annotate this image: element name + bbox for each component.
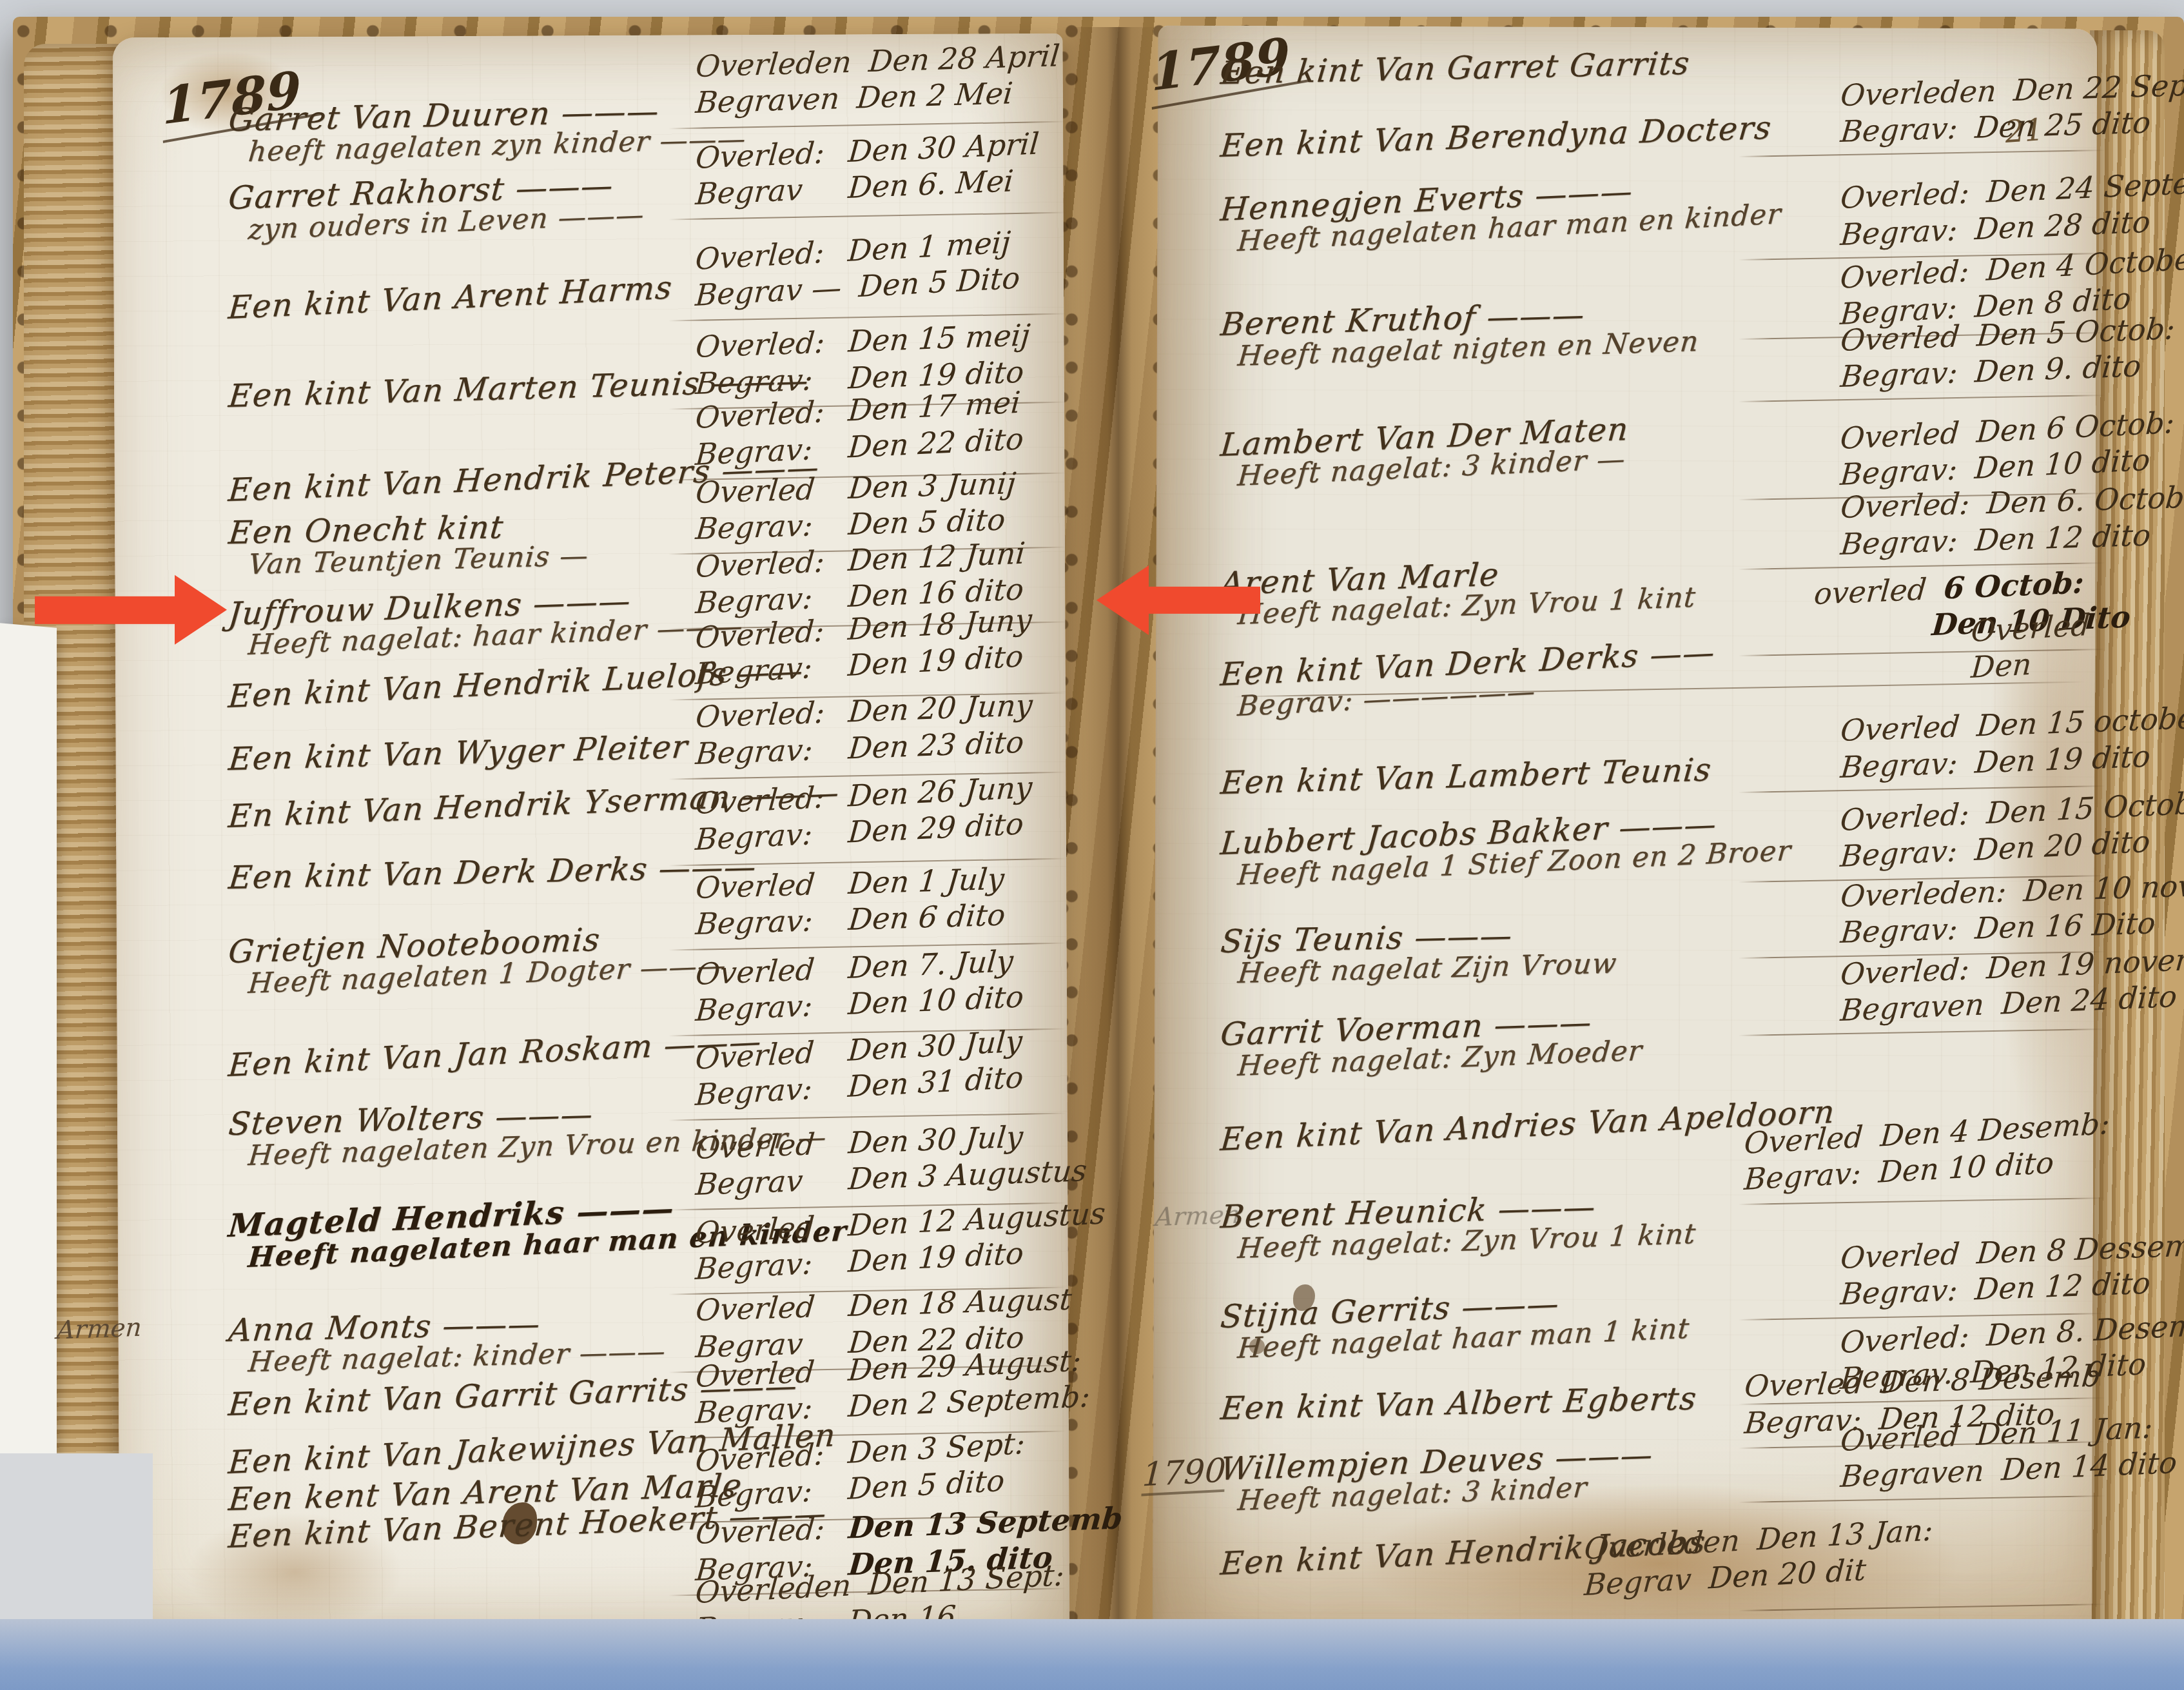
date-label: Overled <box>1839 319 1961 358</box>
date-label: Begrav: <box>1839 451 1958 492</box>
date-value: Den 30 July <box>847 1119 1024 1160</box>
date-label: Begrav: <box>1743 1155 1862 1197</box>
date-value: Den 7. July <box>847 943 1015 985</box>
date-label: Overled <box>1839 709 1961 748</box>
margin-note-armen: Armen <box>56 1313 143 1346</box>
date-value: Den 2 Mei <box>855 76 1015 115</box>
date-label: Overled: <box>694 234 832 277</box>
date-label: Begrav: <box>1839 355 1959 394</box>
date-label: Begrav: <box>1839 912 1960 950</box>
date-value: Den 19 dito <box>1973 738 2152 780</box>
date-label: Overled: <box>694 780 832 821</box>
date-value: Den 20 Juny <box>847 687 1034 729</box>
date-label: overled <box>1813 571 1928 611</box>
date-label: Overled <box>694 951 832 992</box>
record-overleden-date: Overled <box>1970 606 2109 649</box>
date-label: Overled: <box>1839 796 1971 838</box>
date-label: Begrav <box>694 171 832 211</box>
date-value: 6 Octob: <box>1942 565 2085 605</box>
date-label: Overled <box>1839 1418 1961 1458</box>
date-value: Den 12 dito <box>1973 1266 2152 1307</box>
date-label: Overled <box>694 1034 832 1076</box>
date-label: Overled <box>1743 1119 1864 1161</box>
date-value: Den 6. Octob: <box>1985 480 2184 521</box>
red-arrow-pointing-right <box>35 596 175 624</box>
date-label: Overled: <box>1839 951 1971 992</box>
date-label: Overled: <box>694 135 832 175</box>
register-photo: 1789 1789 21 Armen Armen 1790 Garret Van… <box>0 0 2184 1690</box>
date-label: Overled <box>694 1126 833 1166</box>
date-label: Begraven <box>1839 987 1985 1028</box>
date-label: Begrav: <box>1839 110 1960 149</box>
date-value: Den 6. Mei <box>847 163 1015 205</box>
date-label <box>1813 608 1916 647</box>
date-label: Begrav: <box>694 507 833 546</box>
date-label: Begraven <box>694 81 841 121</box>
date-label: Overled <box>1839 1236 1961 1275</box>
date-label: Overleden <box>1839 73 1998 112</box>
date-label: Begraven <box>1839 1453 1985 1495</box>
date-label: Begrav: <box>1839 523 1960 562</box>
date-label: Overleden: <box>1839 874 2008 914</box>
date-label: Begrav: <box>1839 745 1959 785</box>
date-label: Overled <box>694 1208 832 1250</box>
date-value: Den 25 dito <box>1973 104 2152 144</box>
date-value: Den 5 Octob: <box>1975 311 2176 353</box>
loose-paper-edge <box>0 623 57 1473</box>
date-label: Overled: <box>694 394 832 435</box>
date-value: Den 23 dito <box>847 724 1026 765</box>
date-label: Begrav: <box>694 903 833 941</box>
date-value: Den 28 dito <box>1973 204 2151 246</box>
date-label: Begrav <box>1583 1562 1693 1602</box>
date-label: Begrav: <box>694 430 832 471</box>
date-label: Begrav: <box>1839 833 1958 874</box>
date-label: Overled: <box>1839 1319 1971 1360</box>
date-label: Overled: <box>694 544 832 584</box>
date-value: Den 5 dito <box>847 502 1007 542</box>
date-label: Overled <box>694 867 833 905</box>
date-value: Den 24 dito <box>2000 979 2178 1021</box>
desk-edge-blue <box>0 1619 2184 1690</box>
date-label: Begrav: <box>694 731 833 771</box>
date-value: Den 18 August <box>847 1282 1073 1323</box>
date-label: Begrav: <box>694 987 832 1028</box>
date-label: Begrav: <box>1839 1273 1959 1312</box>
margin-year-1790: 1790 <box>1141 1451 1226 1497</box>
date-label: Overled <box>1839 415 1960 456</box>
date-label: Overled <box>1970 607 2091 648</box>
date-value: Den 1 July <box>847 861 1006 901</box>
date-label: Overled: <box>1839 486 1971 525</box>
date-label: Overled <box>694 1353 832 1393</box>
date-label: Overled <box>694 471 833 509</box>
date-value: Den 10 novemb: <box>2022 866 2184 908</box>
date-value: Den 12 Juni <box>847 535 1026 578</box>
record-begraven-date: Den <box>1970 644 2090 685</box>
date-label: Begrav <box>694 1162 833 1202</box>
date-value: Den 8 Desemb <box>1879 1359 2102 1400</box>
date-label: Begrav: <box>694 1245 832 1286</box>
date-label: Overled: <box>694 324 833 364</box>
date-label: Begrav: <box>1839 212 1959 252</box>
date-value: Den 9. dito <box>1973 348 2142 389</box>
date-value: Den 3 Junij <box>847 466 1017 506</box>
date-value: Den 16 Dito <box>1973 906 2157 946</box>
red-arrow-pointing-left <box>1149 586 1260 613</box>
date-label: Overled: <box>694 694 833 734</box>
date-label: Overled: <box>694 613 832 655</box>
date-value: Den 6 dito <box>847 898 1007 937</box>
date-label: Overled: <box>1839 253 1970 295</box>
date-label: Overleden <box>694 44 853 84</box>
date-value: Den 15 meij <box>847 317 1031 359</box>
date-label: Den <box>1970 644 2072 685</box>
date-label: Overled <box>694 1289 833 1328</box>
date-label: Overled <box>1743 1366 1865 1404</box>
date-value: Den 28 April <box>868 38 1062 79</box>
date-label: Overled: <box>1839 175 1971 216</box>
date-value: Den 12 dito <box>1973 517 2152 557</box>
